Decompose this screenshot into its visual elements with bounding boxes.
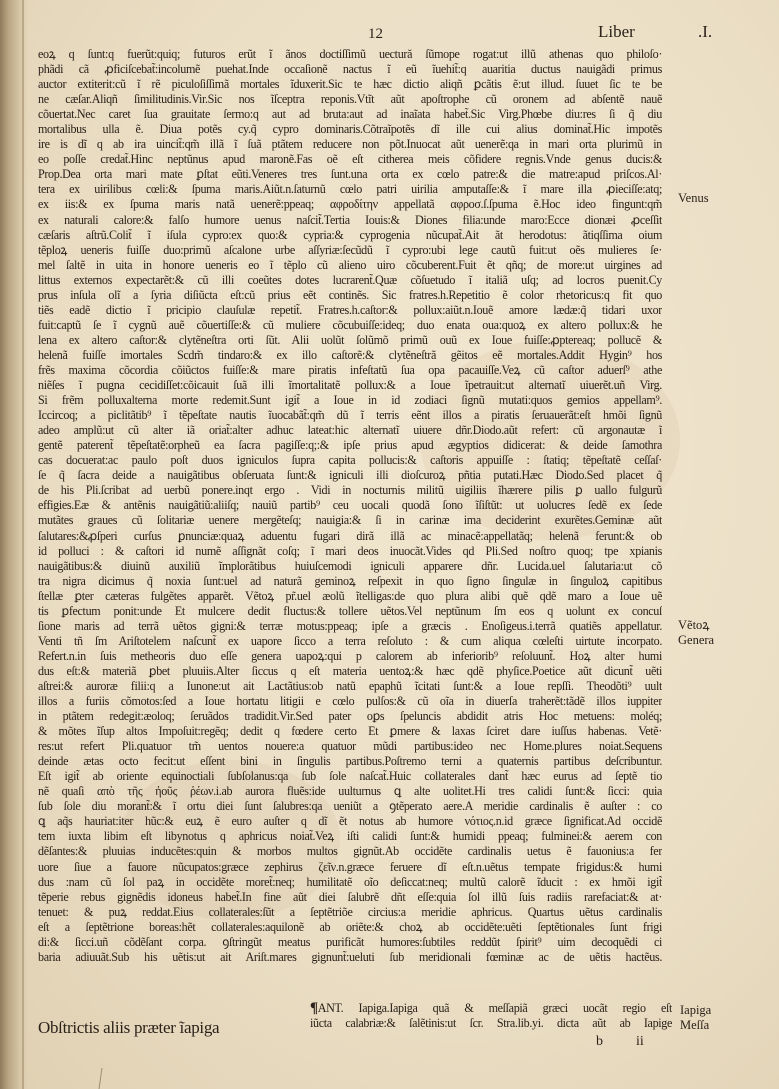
running-head: Liber <box>598 22 635 42</box>
verse-lemma: Obſtrictis aliis præter ĩapiga <box>38 1018 219 1038</box>
text-line: ex iis:& ex ſpuma maris natã uenerẽ:ppea… <box>38 197 662 212</box>
book-number: .I. <box>698 22 712 42</box>
text-line: ſalutares:&ꝓſperi curſus ꝑnunciæ:quaꝝ ad… <box>38 529 662 544</box>
text-line: tis ꝑfectum ponit:unde Et mulcere dedit … <box>38 604 662 619</box>
marginal-note-bottom: Iapiga Meſſa <box>680 1003 711 1033</box>
commentary-body: eoꝝ q ſunt:q fuerũt:quiq; futuros erũt ĩ… <box>38 47 662 965</box>
text-line: aſtrei:& auroræ filii:q a Iunone:ut ait … <box>38 679 662 694</box>
binding-edge <box>22 0 24 1089</box>
text-line: ſub ſole diu morant̃:& ĩ ortu diei ſunt … <box>38 799 662 814</box>
text-line: tiẽs eadẽ dictio ĩ pricipio clauſulæ rep… <box>38 303 662 318</box>
text-line: Prop.Dea orta mari mate ꝑſtat eũti.Vener… <box>38 167 662 182</box>
text-line: mortalibus ulla ẽ. Diua potẽs cy.q̃ cypr… <box>38 122 662 137</box>
text-line: phãdi cã ꝓficiſcebat̃:incolumẽ puehat.In… <box>38 62 662 77</box>
commentary-line: ¶ANT. Iapiga.Iapiga quã & meſſapiã græci… <box>310 1001 672 1016</box>
text-line: uore ſiue a fauore nũcupatos:græce zephi… <box>38 860 662 875</box>
text-line: eoꝝ q ſunt:q fuerũt:quiq; futuros erũt ĩ… <box>38 47 662 62</box>
text-line: & mõtes ĩſup altos Impoſuit:regẽq; dedit… <box>38 724 662 739</box>
marginal-note: Vẽtoꝝ <box>678 618 710 633</box>
text-line: mutãtes graues cũ ſolitariæ uenere mergẽ… <box>38 513 662 528</box>
text-line: di:& ſicci.uñ cõdẽſant corpa. ꝯſtringũt … <box>38 935 662 950</box>
text-line: mel ſaltẽ in uita in honore ueneris eo ĩ… <box>38 258 662 273</box>
text-line: ne cæſar.Aliqñ ſimilitudinis.Vir.Sic nos… <box>38 92 662 107</box>
text-line: cas docuerat:ac paulo poſt duos igniculo… <box>38 453 662 468</box>
text-line: effigies.Eæ & antẽnis nauigãtiũ:aliiſq; … <box>38 498 662 513</box>
text-line: baria adiuuãt.Sub his uẽtis:ut ait Ariſt… <box>38 950 662 965</box>
pilcrow-mark: ¶ <box>310 1001 318 1016</box>
text-line: ꝗ aq̃s hauriat:iter hũc:& euꝝ ẽ euro auſ… <box>38 814 662 829</box>
marginal-note: Genera <box>678 633 714 648</box>
text-line: Refert.n.in ſuis metheoris duo eſſe gene… <box>38 649 662 664</box>
text-line: cæſaris aſtrũ.Colit̃ ĩ iſula cypro:ex qu… <box>38 228 662 243</box>
text-line: de his Pli.ſcribat ad uerbũ ponere.inqt … <box>38 483 662 498</box>
text-line: adeo amplũ:ut cũ alter iã oriat̃:alter a… <box>38 423 662 438</box>
page-header: 12 Liber .I. <box>0 22 779 44</box>
commentary-entry: ¶ANT. Iapiga.Iapiga quã & meſſapiã græci… <box>310 1001 672 1031</box>
text-line: dus :nam cũ ſol paꝝ in occidẽte moret̃:n… <box>38 875 662 890</box>
text-line: Venti tñ ſm Ariſtotelem naſcunt̃ ex uapo… <box>38 634 662 649</box>
text-line: tẽploꝝ ueneris fuiſſe duo:primũ aſcalone… <box>38 243 662 258</box>
text-line: ſtellæ ꝑter cæteras fulgẽtes apparẽt. Vẽ… <box>38 589 662 604</box>
text-line: Si frẽm polluxalterna morte redemit.Sunt… <box>38 393 662 408</box>
text-line: deinde ætas octo fecit:ut eſſent bini in… <box>38 754 662 769</box>
text-line: tem iuxta libim eſt libynotus q aphricus… <box>38 829 662 844</box>
folio-number: 12 <box>368 26 383 43</box>
text-line: illos a furiis cõmotos:ſed a Ioue hortat… <box>38 694 662 709</box>
text-line: lena ex altero caſtor:& clytẽneſtra orti… <box>38 333 662 348</box>
text-line: gentẽ paterent̃ tẽpeſtatẽ:orpheũ ea ſacr… <box>38 438 662 453</box>
text-line: eo poſſe credat̃.Hinc neptũnus apud maro… <box>38 152 662 167</box>
text-line: prus inſula olĩ a ſyria diſiũcta eſt:cũ … <box>38 288 662 303</box>
text-line: niẽſes ĩ pugna cecidiſſet:cõicauit ſuã i… <box>38 378 662 393</box>
text-line: tera ex uirilibus cœli:& ſpuma maris.Aiũ… <box>38 182 662 197</box>
text-line: helenã fuiſſe imortales Scdm̃ tindaro:& … <box>38 348 662 363</box>
text-line: dus eſt:& materiã ꝑbet pluuiis.Alter ſic… <box>38 664 662 679</box>
marginal-note: Venus <box>678 191 709 206</box>
signature-number: ii <box>636 1034 644 1050</box>
text-line: ſione maris ad terrã uẽtos gigni:& terræ… <box>38 619 662 634</box>
text-line: auctor extiterit:cũ ĩ rẽ piculoſiſſimã m… <box>38 77 662 92</box>
text-line: nẽ quaſi απὸ τῆς ἠοῦς ῥέων.i.ab aurora f… <box>38 784 662 799</box>
marginal-note: Iapiga <box>680 1003 711 1018</box>
marginal-note: Meſſa <box>680 1018 711 1033</box>
text-line: tra nigra dicimus q̃ noxia ſunt:uel ad n… <box>38 574 662 589</box>
text-line: eſt a ſeptẽtrione boreas:hẽt collaterale… <box>38 920 662 935</box>
text-line: Iccircoq; a piclitãtib⁹ ĩ tẽpeſtate naut… <box>38 408 662 423</box>
text-line: littus externos expectarẽt:& cũ illi coe… <box>38 273 662 288</box>
text-line: cõuertat.Nec caret ſua grauitate ſermo:q… <box>38 107 662 122</box>
text-line: nauigãtibus:& diuinũ auxiliũ ĩmplorãtibu… <box>38 559 662 574</box>
text-line: res:ut refert Pli.quatuor tm̃ uentos nou… <box>38 739 662 754</box>
text-line: id polluci : & caſtori id numẽ aſſignãt … <box>38 544 662 559</box>
text-line: ex naturali calore:& falſo humore uenus … <box>38 213 662 228</box>
text-line: Eſt igit̃ ab oriente equinoctiali ſubſol… <box>38 769 662 784</box>
text-line: frẽs maxima cõcordia cõiũctos fuiſſe:& m… <box>38 363 662 378</box>
text-line: fuit:captũ ſe ĩ cygnũ auẽ cõuertiſſe:& c… <box>38 318 662 333</box>
commentary-line: iũcta calabriæ:& ſalẽtinis:ut ſcr. Stra.… <box>310 1016 672 1031</box>
text-line: tenuet: & puꝝ reddat.Eius collaterales:ſ… <box>38 905 662 920</box>
text-line: tẽperie rebus gignẽdis idoneus habet̃.In… <box>38 890 662 905</box>
text-line: ire is dĩ q ab ira uincit̃:qm̃ illã ĩ ſu… <box>38 137 662 152</box>
signature-letter: b <box>596 1034 603 1050</box>
text-line: ſe q̃ ſacra deide a nauigãtibus obſeruat… <box>38 468 662 483</box>
text-line: in ptãtem redegit:æoloq; ſeruãdos tradid… <box>38 709 662 724</box>
text-line: dẽſantes:& pluuias inducẽtes:quin & morb… <box>38 844 662 859</box>
